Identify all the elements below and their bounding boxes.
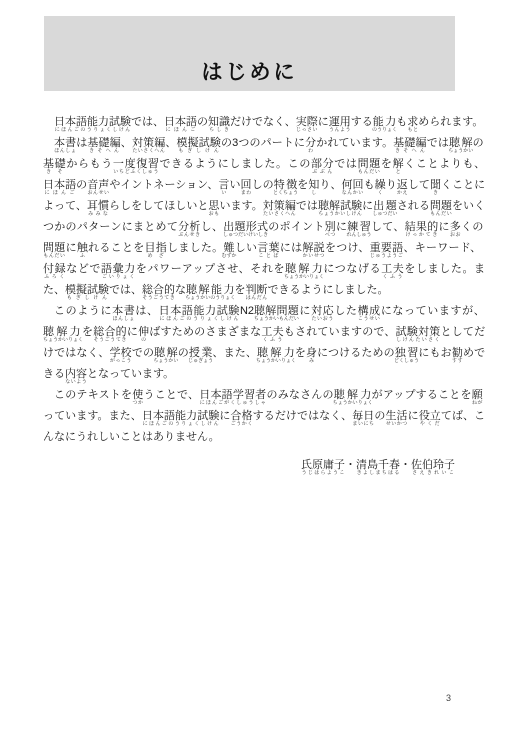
body-text: 日本語能力試験にほんごのうりょくしけんでは、日本語にほんごの知識ちしきだけでなく… bbox=[43, 112, 485, 448]
furigana-term: 触ふ bbox=[77, 242, 88, 254]
furigana-term: 一度復習いちどふくしゅう bbox=[113, 158, 160, 170]
furigana-term: 多おお bbox=[450, 221, 461, 233]
paragraph: このテキストを使つかうことで、日本語学習者にほんごがくしゅうしゃのみなさんの聴解… bbox=[43, 385, 485, 448]
furigana-term: 聴解力ちょうかいりょく bbox=[285, 263, 323, 275]
furigana-term: 基礎編きそへん bbox=[87, 137, 120, 149]
furigana-term: 工夫くふう bbox=[261, 326, 283, 338]
furigana-term: 本書ほんしょ bbox=[112, 305, 135, 317]
furigana-term: 運用うんよう bbox=[329, 116, 351, 128]
furigana-term: 勧すす bbox=[452, 347, 463, 359]
furigana-term: 問題もんだい bbox=[358, 158, 381, 170]
furigana-term: 聴解力ちょうかいりょく bbox=[257, 347, 295, 359]
page-number: 3 bbox=[446, 693, 451, 703]
furigana-term: 聴解試験ちょうかいしけん bbox=[318, 200, 362, 212]
page-title: はじめに bbox=[202, 56, 298, 86]
furigana-term: 基礎きそ bbox=[43, 158, 66, 170]
furigana-term: 聴解力ちょうかいりょく bbox=[43, 326, 82, 338]
chapter-title-box: はじめに bbox=[44, 16, 455, 91]
furigana-term: 重要語じゅうようご bbox=[370, 242, 404, 254]
furigana-term: 清島千春きよしまちはる bbox=[356, 459, 400, 471]
furigana-term: 氏原庸子うじはらようこ bbox=[301, 459, 345, 471]
authors-line: 氏原庸子うじはらようこ・清島千春きよしまちはる・佐伯玲子さえきれいこ bbox=[43, 455, 455, 476]
furigana-term: 工夫くふう bbox=[381, 263, 404, 275]
furigana-term: 目指めざ bbox=[145, 242, 168, 254]
furigana-term: 願ねが bbox=[472, 389, 483, 401]
furigana-term: 何回なんかい bbox=[342, 179, 364, 191]
furigana-term: 伸の bbox=[138, 326, 149, 338]
furigana-term: 独習どくしゅう bbox=[395, 347, 419, 359]
furigana-term: 使つか bbox=[132, 389, 143, 401]
furigana-term: 問題もんだい bbox=[43, 242, 66, 254]
furigana-term: 日本語能力試験にほんごのうりょくしけん bbox=[142, 410, 220, 422]
furigana-term: 総合的そうごうてき bbox=[93, 326, 127, 338]
furigana-term: 語彙力ごいりょく bbox=[101, 263, 136, 275]
furigana-term: 部分ぶぶん bbox=[311, 158, 334, 170]
paragraph: このように本書ほんしょは、日本語能力試験にほんごのうりょくしけんN2聴解問題ちょ… bbox=[43, 301, 485, 385]
furigana-term: 学校がっこう bbox=[110, 347, 132, 359]
furigana-term: 聴解能力ちょうかいのうりょく bbox=[186, 284, 235, 296]
furigana-term: 繰く bbox=[375, 179, 386, 191]
furigana-term: 思おも bbox=[208, 200, 219, 212]
furigana-term: 聴解ちょうかい bbox=[154, 347, 178, 359]
furigana-term: 能力のうりょく bbox=[373, 116, 397, 128]
furigana-term: 実際じっさい bbox=[296, 116, 318, 128]
furigana-term: 日本語能力試験にほんごのうりょくしけん bbox=[54, 116, 131, 128]
furigana-term: 日本語にほんご bbox=[164, 116, 197, 128]
furigana-term: 言い bbox=[218, 179, 229, 191]
furigana-term: 対応たいおう bbox=[311, 305, 334, 317]
furigana-term: 基礎編きそへん bbox=[393, 137, 426, 149]
furigana-term: 出題しゅつだい bbox=[373, 200, 397, 212]
furigana-term: 総合的そうごうてき bbox=[142, 284, 175, 296]
paragraph: 本書ほんしょは基礎編きそへん、対策編たいさくへん、模擬試験もぎしけんの3つのパー… bbox=[43, 133, 485, 301]
furigana-term: 分わ bbox=[305, 137, 316, 149]
furigana-term: 合格ごうかく bbox=[231, 410, 253, 422]
furigana-term: 聴解問題ちょうかいもんだい bbox=[254, 305, 299, 317]
furigana-term: 別べつ bbox=[325, 221, 336, 233]
furigana-term: 身み bbox=[306, 347, 317, 359]
furigana-term: 特徴とくちょう bbox=[274, 179, 298, 191]
furigana-term: 聴解力ちょうかいりょく bbox=[334, 389, 372, 401]
furigana-term: 求もと bbox=[407, 116, 418, 128]
furigana-term: 模擬試験もぎしけん bbox=[65, 284, 109, 296]
furigana-term: 模擬試験もぎしけん bbox=[176, 137, 221, 149]
furigana-term: 授業じゅぎょう bbox=[189, 347, 213, 359]
furigana-term: 耳慣みみな bbox=[87, 200, 109, 212]
furigana-term: 対策編たいさくへん bbox=[132, 137, 165, 149]
furigana-term: 本書ほんしょ bbox=[54, 137, 76, 149]
furigana-term: 知し bbox=[308, 179, 319, 191]
furigana-term: 難むずか bbox=[223, 242, 234, 254]
furigana-term: 解説かいせつ bbox=[302, 242, 325, 254]
furigana-term: 日本語学習者にほんごがくしゅうしゃ bbox=[199, 389, 266, 401]
furigana-term: 日本語にほんご bbox=[43, 179, 76, 191]
furigana-term: 練習れんしゅう bbox=[347, 221, 371, 233]
furigana-term: 対策編たいさくへん bbox=[263, 200, 296, 212]
furigana-term: 返かえ bbox=[397, 179, 408, 191]
furigana-term: 毎日まいにち bbox=[352, 410, 374, 422]
furigana-term: 結果的けっかてき bbox=[405, 221, 439, 233]
furigana-term: 内容ないよう bbox=[65, 368, 87, 380]
furigana-term: 聞き bbox=[430, 179, 441, 191]
furigana-term: 出題形式しゅつだいけいしき bbox=[223, 221, 268, 233]
furigana-term: 知識ちしき bbox=[208, 116, 230, 128]
furigana-term: 解と bbox=[393, 158, 405, 170]
furigana-term: 聴解ちょうかい bbox=[449, 137, 473, 149]
furigana-term: 付録ふろく bbox=[43, 263, 66, 275]
furigana-term: 生活せいかつ bbox=[385, 410, 407, 422]
furigana-term: 分析ぶんせき bbox=[178, 221, 201, 233]
furigana-term: 判断はんだん bbox=[246, 284, 268, 296]
furigana-term: 日本語能力試験にほんごのうりょくしけん bbox=[159, 305, 240, 317]
furigana-term: 試験対策しけんたいさく bbox=[396, 326, 441, 338]
furigana-term: 問題もんだい bbox=[430, 200, 452, 212]
furigana-term: 言葉ことば bbox=[257, 242, 280, 254]
paragraph: 日本語能力試験にほんごのうりょくしけんでは、日本語にほんごの知識ちしきだけでなく… bbox=[43, 112, 485, 133]
document-page: はじめに 日本語能力試験にほんごのうりょくしけんでは、日本語にほんごの知識ちしき… bbox=[0, 0, 509, 741]
furigana-term: 音声おんせい bbox=[87, 179, 109, 191]
furigana-term: 役立やくだ bbox=[419, 410, 441, 422]
furigana-term: 構成こうせい bbox=[358, 305, 381, 317]
furigana-term: 回まわ bbox=[241, 179, 252, 191]
furigana-term: 佐伯玲子さえきれいこ bbox=[411, 459, 455, 471]
